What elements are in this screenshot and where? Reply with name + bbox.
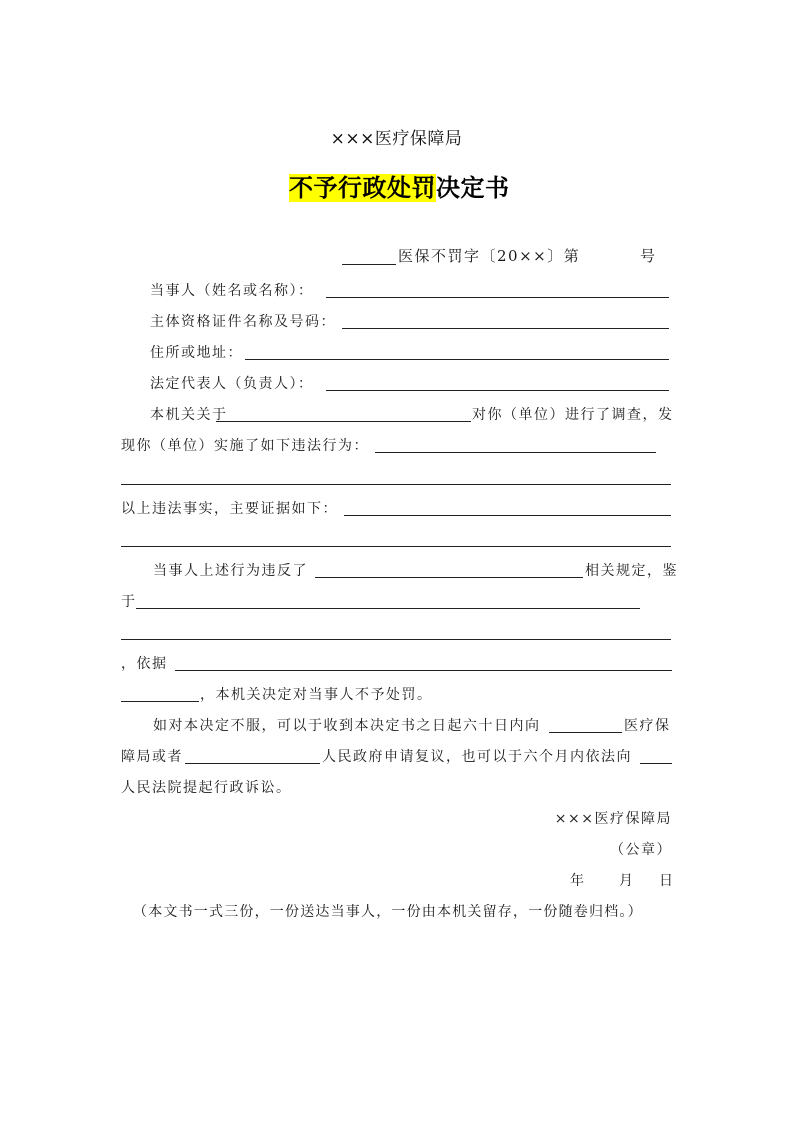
investigation-subject-blank[interactable] [216,421,471,422]
p1-text-b: 对你（单位）进行了调查，发 [472,406,674,424]
p2-text: 以上违法事实，主要证据如下： [121,500,338,518]
court-blank[interactable] [640,763,672,764]
evidence-input-2[interactable] [121,546,671,547]
review-agency-blank[interactable] [549,732,622,733]
p3-text-b: 相关规定，鉴 [585,562,678,580]
date-year: 年 [570,872,586,890]
title-rest: 决定书 [436,174,510,202]
address-input[interactable] [245,359,669,360]
doc-number-prefix-blank[interactable] [342,264,396,265]
agency-header: ×××医疗保障局 [0,124,793,149]
p4-text-d: 人民政府申请复议，也可以于六个月内依法向 [322,748,632,766]
p3-text-a: 当事人上述行为违反了 [153,562,308,580]
date-day: 日 [659,872,675,890]
p3-text-e: ，本机关决定对当事人不予处罚。 [200,686,433,704]
circumstance-input-1[interactable] [136,608,640,609]
p4-text-c: 障局或者 [121,748,183,766]
p3-text-c: 于 [121,593,137,611]
violated-regulation-blank[interactable] [315,577,583,578]
p4-text-a: 如对本决定不服，可以于收到本决定书之日起六十日内向 [153,717,541,735]
date-month: 月 [619,872,635,890]
legal-basis-input-2[interactable] [121,701,199,702]
field-label-representative: 法定代表人（负责人）： [150,375,314,393]
violation-input-1[interactable] [375,452,656,453]
field-label-party: 当事人（姓名或名称）： [150,282,314,300]
p1-text-c: 现你（单位）实施了如下违法行为： [121,437,369,455]
doc-number-suffix: 号 [640,247,657,265]
party-name-input[interactable] [326,297,669,298]
p4-text-e: 人民法院提起行政诉讼。 [121,779,292,797]
representative-input[interactable] [326,390,669,391]
evidence-input-1[interactable] [344,515,671,516]
government-blank[interactable] [185,763,320,764]
title-highlighted: 不予行政处罚 [289,174,436,202]
doc-number-text: 医保不罚字〔20××〕第 [398,247,580,265]
legal-basis-input[interactable] [175,670,672,671]
field-label-id: 主体资格证件名称及号码： [150,313,336,331]
id-number-input[interactable] [342,328,669,329]
p3-text-d: ，依据 [121,655,168,673]
circumstance-input-2[interactable] [121,639,671,640]
violation-input-2[interactable] [121,484,671,485]
field-label-address: 住所或地址： [150,344,243,362]
signature-agency: ×××医疗保障局 [555,810,672,828]
footnote: （本文书一式三份，一份送达当事人，一份由本机关留存，一份随卷归档。） [133,903,643,921]
signature-seal: （公章） [610,841,672,859]
p4-text-b: 医疗保 [624,717,671,735]
document-title: 不予行政处罚决定书 [289,171,510,205]
